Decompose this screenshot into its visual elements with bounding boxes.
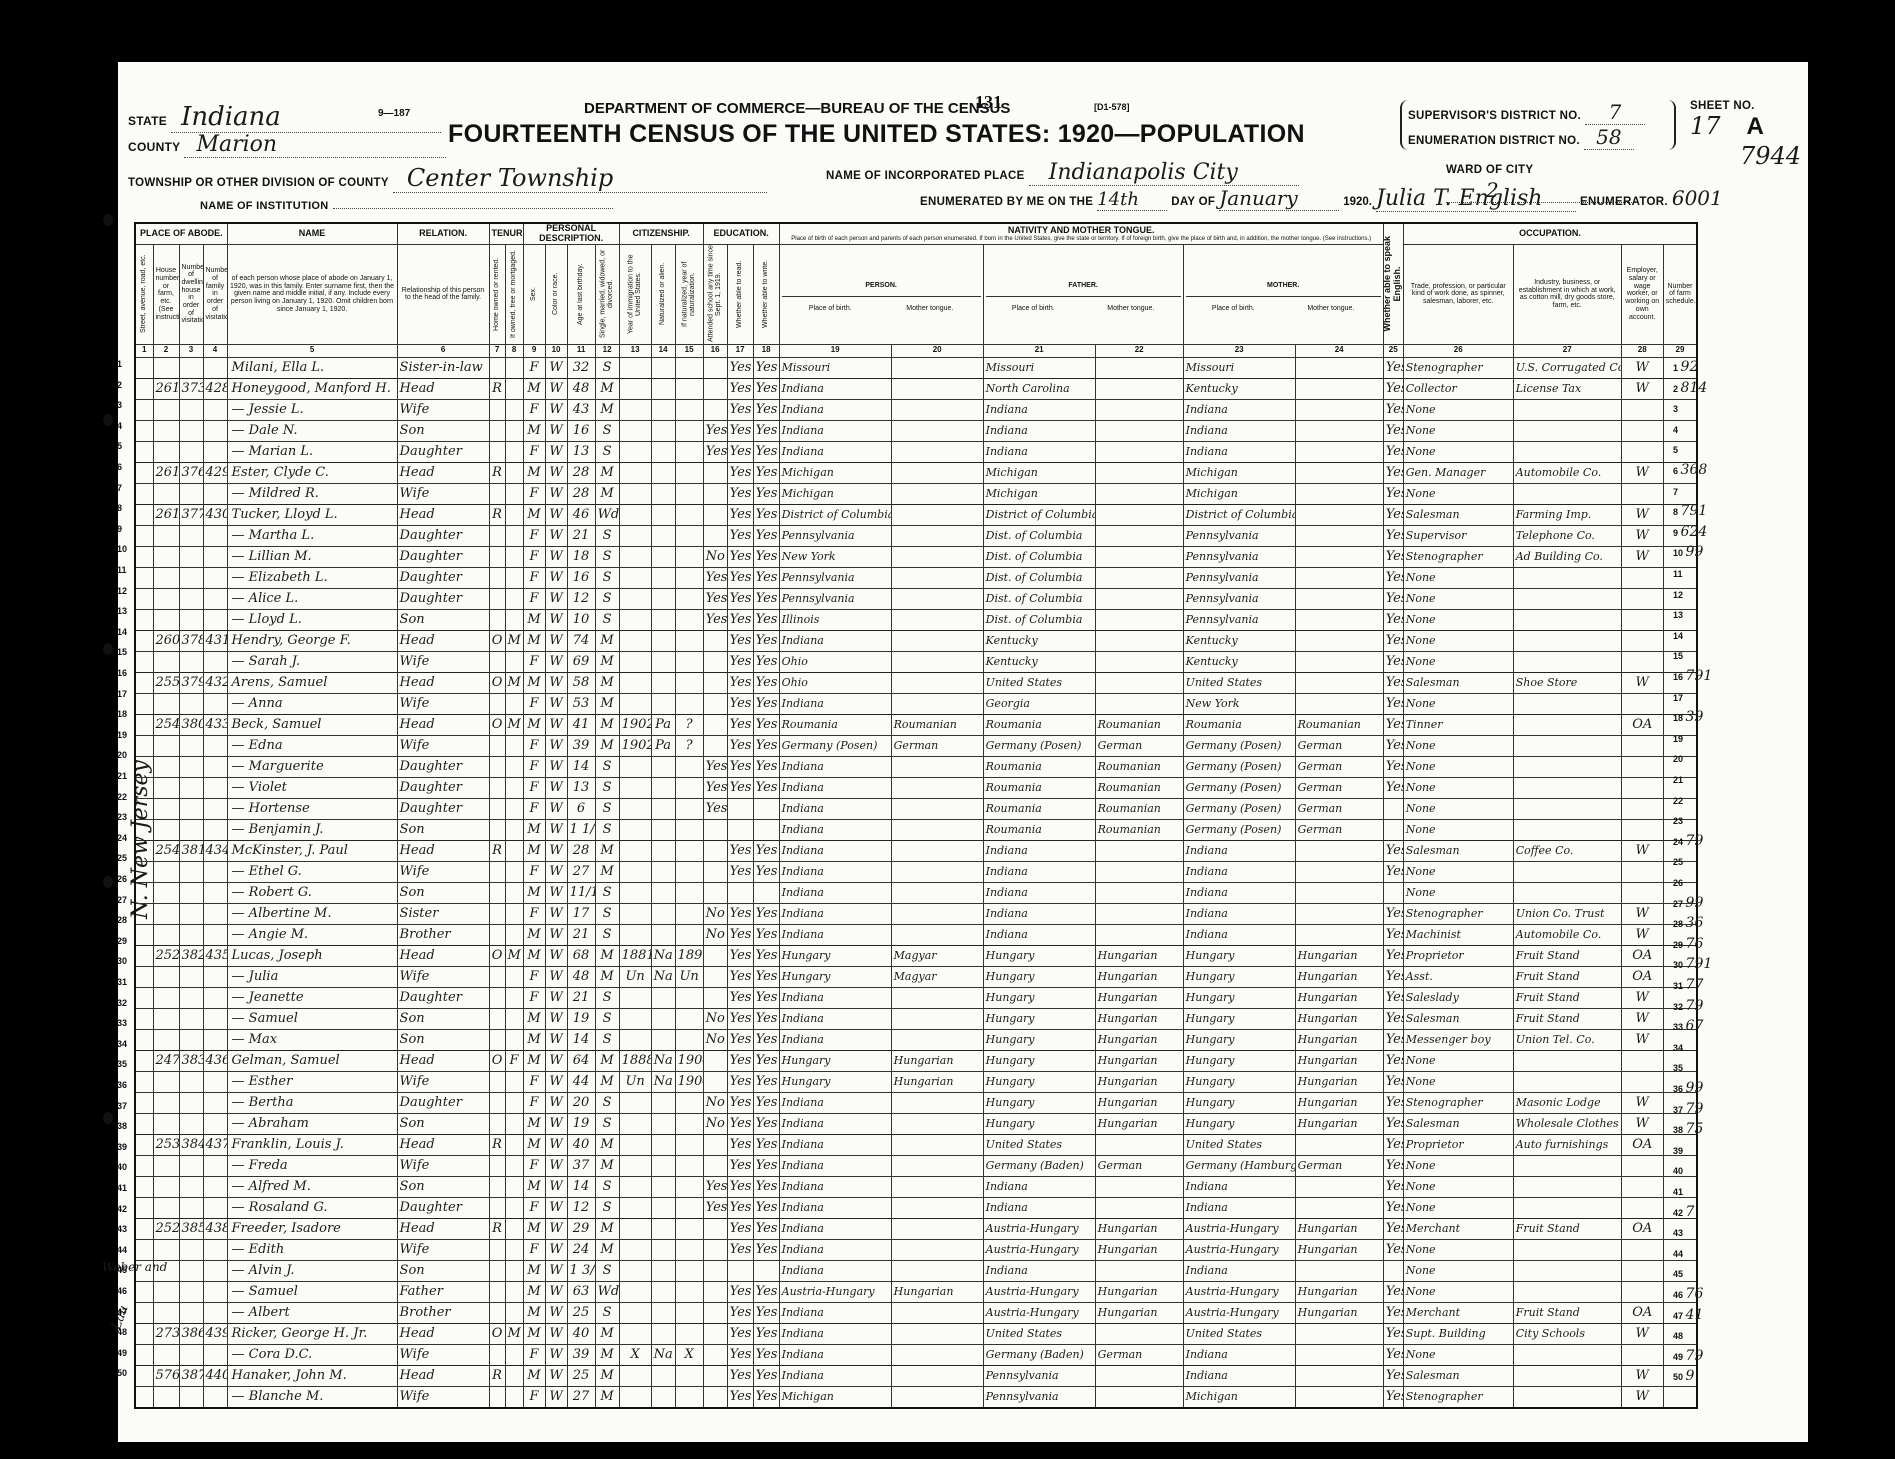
- cell-age: 18: [567, 546, 595, 567]
- cell-pob: Indiana: [779, 882, 891, 903]
- cell-age: 10: [567, 609, 595, 630]
- cell-school: [703, 1302, 727, 1323]
- cell-race: W: [545, 987, 567, 1008]
- cell-write: Yes: [753, 525, 779, 546]
- cell-dwelling: [179, 588, 203, 609]
- cell-marital: S: [595, 798, 619, 819]
- sub-dwelling: Number of dwelling house in order of vis…: [179, 244, 203, 344]
- cell-home: [489, 588, 505, 609]
- cell-natyr: [675, 924, 703, 945]
- cell-school: [703, 1344, 727, 1365]
- cell-sex: M: [523, 420, 545, 441]
- cell-pob: Indiana: [779, 378, 891, 399]
- cell-immig: [619, 903, 651, 924]
- cell-read: Yes: [727, 630, 753, 651]
- cell-english: Yes: [1383, 1134, 1403, 1155]
- cell-pob: Indiana: [779, 777, 891, 798]
- cell-farm: [1663, 441, 1697, 462]
- cell-name: — Esther: [227, 1071, 397, 1092]
- table-row: 2542381434McKinster, J. PaulHeadRMW28MYe…: [135, 840, 1697, 861]
- cell-street: [135, 903, 153, 924]
- cell-marital: S: [595, 1260, 619, 1281]
- cell-relation: Daughter: [397, 567, 489, 588]
- cell-marital: S: [595, 1029, 619, 1050]
- cell-house: [153, 861, 179, 882]
- column-number: 10: [545, 344, 567, 357]
- cell-trade: None: [1403, 798, 1513, 819]
- cell-school: [703, 1260, 727, 1281]
- cell-immig: [619, 378, 651, 399]
- cell-family: [203, 357, 227, 378]
- cell-name: — Edith: [227, 1239, 397, 1260]
- cell-f-tongue: [1095, 1386, 1183, 1408]
- line-number-label: 37: [1673, 1105, 1683, 1115]
- cell-family: [203, 1113, 227, 1134]
- cell-class: [1621, 693, 1663, 714]
- cell-home: O: [489, 672, 505, 693]
- cell-sex: F: [523, 966, 545, 987]
- cell-class: [1621, 609, 1663, 630]
- line-number-label: 13: [1673, 610, 1683, 620]
- cell-house: [153, 1029, 179, 1050]
- cell-m-tongue: [1295, 588, 1383, 609]
- cell-m-pob: Roumania: [1183, 714, 1295, 735]
- cell-marital: M: [595, 1239, 619, 1260]
- cell-marital: S: [595, 1302, 619, 1323]
- cell-farm: [1663, 399, 1697, 420]
- cell-m-tongue: Hungarian: [1295, 1302, 1383, 1323]
- line-number: 26: [117, 874, 127, 884]
- cell-trade: None: [1403, 1197, 1513, 1218]
- cell-age: 12: [567, 588, 595, 609]
- cell-class: [1621, 1281, 1663, 1302]
- cell-street: [135, 651, 153, 672]
- cell-tongue: [891, 357, 983, 378]
- line-number-label: 38: [1673, 1125, 1683, 1135]
- cell-marital: S: [595, 1092, 619, 1113]
- cell-m-pob: Indiana: [1183, 420, 1295, 441]
- cell-trade: Merchant: [1403, 1302, 1513, 1323]
- cell-f-tongue: Hungarian: [1095, 1239, 1183, 1260]
- cell-write: Yes: [753, 378, 779, 399]
- line-number: 39: [117, 1142, 127, 1152]
- cell-english: Yes: [1383, 378, 1403, 399]
- cell-mort: [505, 924, 523, 945]
- cell-dwelling: 380: [179, 714, 203, 735]
- cell-marital: M: [595, 714, 619, 735]
- line-number-label: 31: [1673, 981, 1683, 991]
- cell-immig: [619, 588, 651, 609]
- cell-read: Yes: [727, 1302, 753, 1323]
- cell-sex: M: [523, 882, 545, 903]
- cell-industry: Automobile Co.: [1513, 462, 1621, 483]
- cell-family: [203, 609, 227, 630]
- column-number: 24: [1295, 344, 1383, 357]
- cell-house: [153, 1071, 179, 1092]
- line-number-label: 43: [1673, 1228, 1683, 1238]
- punch-hole-icon: [103, 414, 113, 426]
- cell-dwelling: [179, 1302, 203, 1323]
- cell-nat: [651, 882, 675, 903]
- cell-marital: S: [595, 882, 619, 903]
- line-number-label: 22: [1673, 796, 1683, 806]
- cell-family: [203, 903, 227, 924]
- cell-mort: [505, 987, 523, 1008]
- cell-pob: Indiana: [779, 1197, 891, 1218]
- cell-m-pob: Michigan: [1183, 1386, 1295, 1408]
- cell-age: 40: [567, 1134, 595, 1155]
- cell-family: [203, 1155, 227, 1176]
- cell-m-pob: Indiana: [1183, 441, 1295, 462]
- cell-dwelling: [179, 651, 203, 672]
- cell-industry: [1513, 1344, 1621, 1365]
- cell-m-pob: Hungary: [1183, 1071, 1295, 1092]
- cell-natyr: [675, 630, 703, 651]
- cell-relation: Daughter: [397, 546, 489, 567]
- sub-nat-year: If naturalized, year of naturalization.: [675, 244, 703, 344]
- cell-age: 13: [567, 777, 595, 798]
- cell-pob: Indiana: [779, 1218, 891, 1239]
- cell-class: W: [1621, 1029, 1663, 1050]
- cell-dwelling: [179, 735, 203, 756]
- table-row: — JuliaWifeFW48MUnNaUnYesYesHungaryMagya…: [135, 966, 1697, 987]
- line-number: 17: [117, 689, 127, 699]
- cell-class: [1621, 1260, 1663, 1281]
- cell-home: [489, 1260, 505, 1281]
- cell-dwelling: 379: [179, 672, 203, 693]
- cell-sex: M: [523, 945, 545, 966]
- cell-f-pob: United States: [983, 672, 1095, 693]
- cell-age: 21: [567, 924, 595, 945]
- cell-dwelling: [179, 357, 203, 378]
- cell-industry: [1513, 735, 1621, 756]
- cell-class: [1621, 798, 1663, 819]
- cell-write: Yes: [753, 420, 779, 441]
- line-number: 35: [117, 1059, 127, 1069]
- cell-home: [489, 924, 505, 945]
- cell-family: 437: [203, 1134, 227, 1155]
- cell-home: [489, 420, 505, 441]
- cell-house: 2610: [153, 504, 179, 525]
- punch-hole-icon: [103, 214, 113, 226]
- cell-age: 13: [567, 441, 595, 462]
- cell-english: Yes: [1383, 1029, 1403, 1050]
- cell-tongue: [891, 903, 983, 924]
- cell-family: 432: [203, 672, 227, 693]
- cell-nat: [651, 1176, 675, 1197]
- cell-age: 6: [567, 798, 595, 819]
- cell-m-pob: Germany (Posen): [1183, 756, 1295, 777]
- cell-race: W: [545, 1134, 567, 1155]
- cell-natyr: [675, 546, 703, 567]
- cell-f-tongue: [1095, 1197, 1183, 1218]
- line-number: 33: [117, 1018, 127, 1028]
- cell-school: [703, 840, 727, 861]
- cell-industry: [1513, 1386, 1621, 1408]
- cell-race: W: [545, 567, 567, 588]
- cell-house: 2526: [153, 945, 179, 966]
- line-number-label: 4: [1673, 425, 1678, 435]
- cell-dwelling: [179, 1260, 203, 1281]
- punch-hole-icon: [103, 1112, 113, 1124]
- cell-f-pob: Hungary: [983, 1008, 1095, 1029]
- cell-family: 429: [203, 462, 227, 483]
- cell-english: Yes: [1383, 357, 1403, 378]
- cell-dwelling: [179, 798, 203, 819]
- cell-f-tongue: [1095, 630, 1183, 651]
- cell-relation: Daughter: [397, 588, 489, 609]
- cell-f-tongue: Roumanian: [1095, 819, 1183, 840]
- cell-natyr: [675, 777, 703, 798]
- cell-sex: F: [523, 1092, 545, 1113]
- cell-relation: Son: [397, 1113, 489, 1134]
- cell-nat: [651, 399, 675, 420]
- cell-house: [153, 588, 179, 609]
- cell-sex: M: [523, 924, 545, 945]
- cell-race: W: [545, 1197, 567, 1218]
- cell-age: 48: [567, 966, 595, 987]
- cell-trade: Supervisor: [1403, 525, 1513, 546]
- cell-nat: [651, 357, 675, 378]
- cell-family: [203, 525, 227, 546]
- cell-read: Yes: [727, 1071, 753, 1092]
- table-row: — BerthaDaughterFW20SNoYesYesIndianaHung…: [135, 1092, 1697, 1113]
- column-number: 13: [619, 344, 651, 357]
- occupation-code: 7: [1686, 1204, 1695, 1220]
- cell-trade: None: [1403, 777, 1513, 798]
- cell-street: [135, 1092, 153, 1113]
- cell-write: Yes: [753, 441, 779, 462]
- cell-race: W: [545, 693, 567, 714]
- cell-read: Yes: [727, 525, 753, 546]
- cell-nat: [651, 903, 675, 924]
- cell-dwelling: [179, 1092, 203, 1113]
- cell-read: Yes: [727, 1008, 753, 1029]
- cell-read: [727, 882, 753, 903]
- cell-industry: [1513, 777, 1621, 798]
- cell-f-tongue: German: [1095, 1155, 1183, 1176]
- cell-write: Yes: [753, 693, 779, 714]
- cell-race: W: [545, 399, 567, 420]
- cell-nat: Pa: [651, 735, 675, 756]
- cell-read: Yes: [727, 945, 753, 966]
- cell-race: W: [545, 1029, 567, 1050]
- cell-name: Freeder, Isadore: [227, 1218, 397, 1239]
- census-table: PLACE OF ABODE. NAME RELATION. TENURE. P…: [134, 222, 1698, 1409]
- cell-mort: [505, 504, 523, 525]
- cell-sex: M: [523, 1365, 545, 1386]
- cell-dwelling: [179, 903, 203, 924]
- cell-school: No: [703, 924, 727, 945]
- incorporated-place-value: Indianapolis City: [1029, 160, 1299, 186]
- cell-name: — Bertha: [227, 1092, 397, 1113]
- cell-trade: Salesman: [1403, 504, 1513, 525]
- cell-immig: [619, 1029, 651, 1050]
- column-number: 29: [1663, 344, 1697, 357]
- cell-home: [489, 441, 505, 462]
- cell-street: [135, 861, 153, 882]
- cell-school: [703, 483, 727, 504]
- cell-natyr: [675, 1092, 703, 1113]
- line-number: 49 79: [1673, 1348, 1703, 1364]
- cell-marital: S: [595, 525, 619, 546]
- cell-relation: Daughter: [397, 777, 489, 798]
- cell-trade: None: [1403, 651, 1513, 672]
- line-number: 36 99: [1673, 1080, 1703, 1096]
- cell-m-tongue: Hungarian: [1295, 1029, 1383, 1050]
- cell-pob: Hungary: [779, 966, 891, 987]
- cell-trade: None: [1403, 1050, 1513, 1071]
- table-row: — Rosaland G.DaughterFW12SYesYesYesIndia…: [135, 1197, 1697, 1218]
- cell-mort: [505, 378, 523, 399]
- sub-school: Attended school any time since Sept. 1, …: [703, 244, 727, 344]
- cell-pob: Pennsylvania: [779, 525, 891, 546]
- cell-write: Yes: [753, 504, 779, 525]
- cell-m-pob: Hungary: [1183, 1008, 1295, 1029]
- sub-employer-class: Employer, salary or wage worker, or work…: [1621, 244, 1663, 344]
- cell-race: W: [545, 1260, 567, 1281]
- cell-name: — Robert G.: [227, 882, 397, 903]
- cell-natyr: [675, 819, 703, 840]
- sub-name-desc: of each person whose place of abode on J…: [227, 244, 397, 344]
- cell-relation: Wife: [397, 1071, 489, 1092]
- county-label: COUNTY: [128, 140, 180, 154]
- cell-street: [135, 1323, 153, 1344]
- cell-natyr: ?: [675, 714, 703, 735]
- sheet-number-field: SHEET NO. 17 A: [1690, 100, 1764, 141]
- cell-school: No: [703, 1092, 727, 1113]
- cell-sex: F: [523, 525, 545, 546]
- cell-relation: Daughter: [397, 987, 489, 1008]
- cell-name: — Albertine M.: [227, 903, 397, 924]
- ward-label: WARD OF CITY: [1446, 164, 1533, 176]
- cell-english: Yes: [1383, 420, 1403, 441]
- line-number-label: 44: [1673, 1249, 1683, 1259]
- cell-natyr: [675, 1239, 703, 1260]
- cell-nat: [651, 1323, 675, 1344]
- cell-race: W: [545, 1050, 567, 1071]
- cell-industry: [1513, 693, 1621, 714]
- enum-day-value: 14th: [1097, 189, 1167, 211]
- cell-house: [153, 651, 179, 672]
- margin-code-2: 6001: [1672, 186, 1723, 210]
- line-number: 32 79: [1673, 998, 1703, 1014]
- cell-nat: [651, 1365, 675, 1386]
- cell-industry: Fruit Stand: [1513, 987, 1621, 1008]
- cell-home: [489, 1302, 505, 1323]
- cell-school: [703, 882, 727, 903]
- cell-marital: M: [595, 1071, 619, 1092]
- cell-relation: Brother: [397, 924, 489, 945]
- cell-family: 433: [203, 714, 227, 735]
- cell-m-pob: Hungary: [1183, 1113, 1295, 1134]
- cell-english: Yes: [1383, 924, 1403, 945]
- occupation-code: 814: [1681, 380, 1708, 396]
- cell-f-pob: North Carolina: [983, 378, 1095, 399]
- line-number: 24 79: [1673, 833, 1703, 849]
- cell-natyr: [675, 1302, 703, 1323]
- line-number: 41: [117, 1183, 127, 1193]
- cell-english: Yes: [1383, 567, 1403, 588]
- cell-immig: [619, 1365, 651, 1386]
- cell-dwelling: [179, 819, 203, 840]
- cell-m-pob: Hungary: [1183, 966, 1295, 987]
- cell-f-pob: Dist. of Columbia: [983, 525, 1095, 546]
- cell-read: Yes: [727, 441, 753, 462]
- line-number: 38: [117, 1121, 127, 1131]
- cell-age: 25: [567, 1365, 595, 1386]
- cell-english: Yes: [1383, 546, 1403, 567]
- cell-nat: [651, 609, 675, 630]
- cell-home: [489, 735, 505, 756]
- table-row: — Alvin J.SonMW1 3/12SIndianaIndianaIndi…: [135, 1260, 1697, 1281]
- column-number: 7: [489, 344, 505, 357]
- column-number: 14: [651, 344, 675, 357]
- table-row: Milani, Ella L.Sister-in-lawFW32SYesYesM…: [135, 357, 1697, 378]
- cell-race: W: [545, 462, 567, 483]
- table-row: — Albertine M.SisterFW17SNoYesYesIndiana…: [135, 903, 1697, 924]
- cell-street: [135, 966, 153, 987]
- cell-sex: F: [523, 756, 545, 777]
- sub-street: Street, avenue, road, etc.: [135, 244, 153, 344]
- cell-relation: Wife: [397, 483, 489, 504]
- cell-dwelling: [179, 609, 203, 630]
- cell-natyr: [675, 567, 703, 588]
- cell-f-tongue: [1095, 1134, 1183, 1155]
- cell-house: 2546: [153, 714, 179, 735]
- line-number: 14: [1673, 627, 1683, 643]
- cell-m-tongue: Hungarian: [1295, 1281, 1383, 1302]
- cell-nat: [651, 924, 675, 945]
- cell-read: Yes: [727, 567, 753, 588]
- line-number: 11: [117, 565, 127, 575]
- cell-immig: [619, 1008, 651, 1029]
- cell-industry: [1513, 1197, 1621, 1218]
- cell-write: Yes: [753, 945, 779, 966]
- cell-english: Yes: [1383, 441, 1403, 462]
- cell-marital: S: [595, 609, 619, 630]
- cell-f-pob: Roumania: [983, 798, 1095, 819]
- occupation-code: 39: [1686, 709, 1704, 725]
- cell-trade: None: [1403, 735, 1513, 756]
- cell-trade: None: [1403, 756, 1513, 777]
- cell-tongue: [891, 798, 983, 819]
- cell-street: [135, 1281, 153, 1302]
- cell-natyr: 1890: [675, 945, 703, 966]
- cell-race: W: [545, 777, 567, 798]
- cell-write: Yes: [753, 1176, 779, 1197]
- person-tongue-label: Mother tongue.: [906, 305, 953, 313]
- line-number-label: 41: [1673, 1187, 1683, 1197]
- occupation-code: 791: [1686, 956, 1713, 972]
- cell-read: Yes: [727, 1197, 753, 1218]
- sub-age: Age at last birthday.: [567, 244, 595, 344]
- line-number: 13: [1673, 606, 1683, 622]
- cell-house: 2616: [153, 378, 179, 399]
- cell-marital: M: [595, 735, 619, 756]
- township-field: TOWNSHIP OR OTHER DIVISION OF COUNTY Cen…: [128, 164, 828, 193]
- cell-relation: Wife: [397, 966, 489, 987]
- cell-pob: New York: [779, 546, 891, 567]
- cell-m-tongue: [1295, 1323, 1383, 1344]
- line-number: 23: [1673, 812, 1683, 828]
- cell-age: 16: [567, 420, 595, 441]
- line-number: 34: [1673, 1039, 1683, 1055]
- cell-natyr: [675, 378, 703, 399]
- cell-immig: [619, 1197, 651, 1218]
- cell-mort: [505, 1365, 523, 1386]
- cell-nat: [651, 756, 675, 777]
